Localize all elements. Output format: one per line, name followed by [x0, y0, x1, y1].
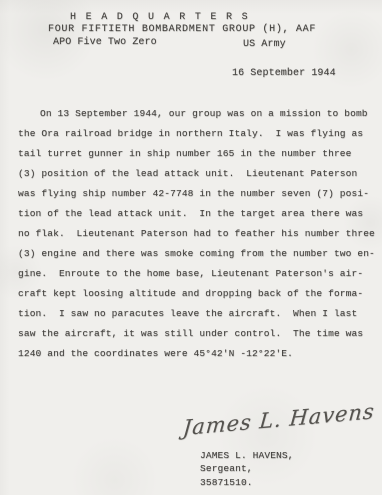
body-line: (3) position of the lead attack unit. Li… — [18, 166, 378, 186]
body-line: craft kept loosing altitude and dropping… — [18, 286, 378, 306]
header-apo: APO Five Two Zero — [53, 37, 157, 49]
body-line: tion of the lead attack unit. In the tar… — [18, 206, 378, 226]
signature-handwritten: James L. Havens — [182, 399, 376, 440]
signature-typed-name: JAMES L. HAVENS, — [200, 449, 294, 462]
document-date: 16 September 1944 — [232, 68, 336, 80]
header-unit-name: FOUR FIFTIETH BOMBARDMENT GROUP (H), AAF — [48, 24, 316, 36]
document-page: H E A D Q U A R T E R S FOUR FIFTIETH BO… — [0, 0, 382, 495]
body-line: was flying ship number 42-7748 in the nu… — [18, 186, 378, 206]
signature-rank: Sergeant, — [200, 462, 294, 475]
header-us-army: US Army — [243, 39, 286, 51]
body-line: tion. I saw no paracutes leave the aircr… — [18, 306, 378, 326]
signature-block: JAMES L. HAVENS, Sergeant, 35871510. — [200, 449, 294, 489]
body-paragraph: On 13 September 1944, our group was on a… — [18, 106, 378, 366]
body-line: the Ora railroad bridge in northern Ital… — [18, 126, 378, 146]
body-line: (3) engine and there was smoke coming fr… — [18, 246, 378, 266]
body-line: gine. Enroute to the home base, Lieutena… — [18, 266, 378, 286]
body-line: no flak. Lieutenant Paterson had to feat… — [18, 226, 378, 246]
body-line: On 13 September 1944, our group was on a… — [18, 106, 378, 126]
body-line: tail turret gunner in ship number 165 in… — [18, 146, 378, 166]
body-line: 1240 and the coordinates were 45°42'N -1… — [18, 346, 378, 366]
signature-serial-number: 35871510. — [200, 476, 294, 489]
body-line: saw the aircraft, it was still under con… — [18, 326, 378, 346]
header-headquarters: H E A D Q U A R T E R S — [70, 12, 249, 24]
